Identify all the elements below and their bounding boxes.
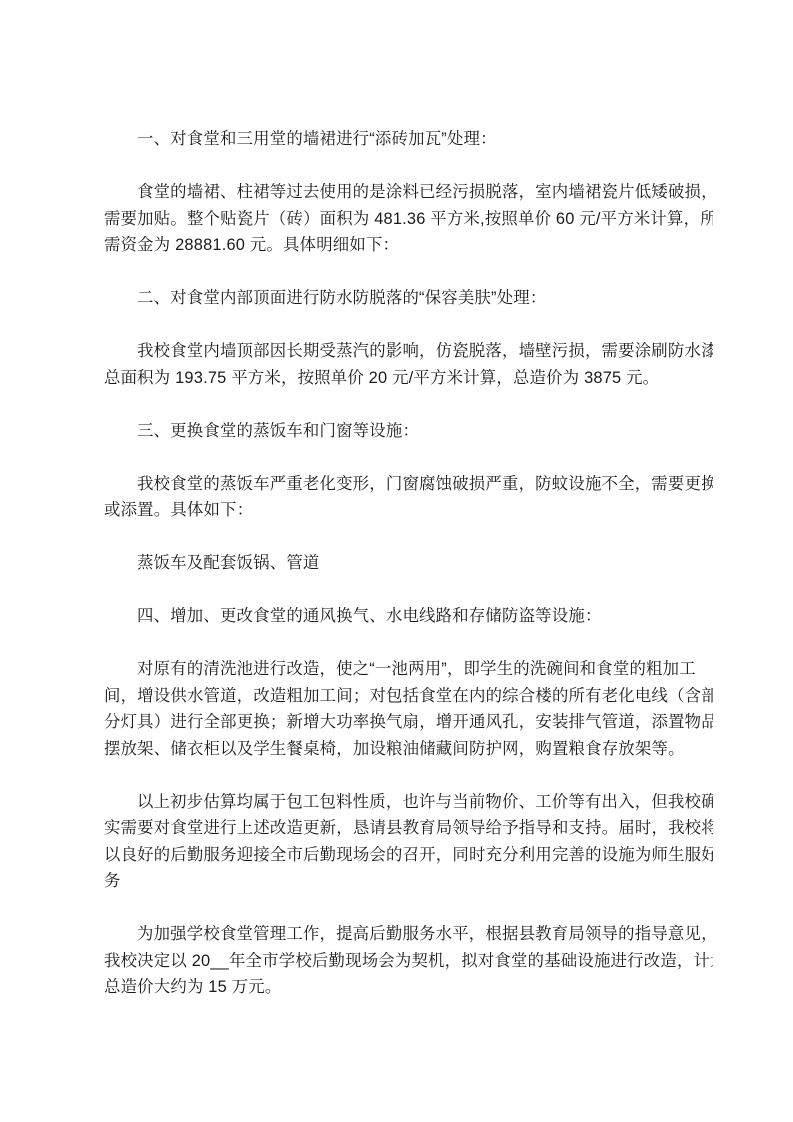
- paragraph: 以上初步估算均属于包工包料性质，也许与当前物价、工价等有出入，但我校确实需要对食…: [104, 789, 713, 895]
- paragraph: 食堂的墙裙、柱裙等过去使用的是涂料已经污损脱落，室内墙裙瓷片低矮破损，需要加贴。…: [104, 179, 713, 259]
- text-line: 或添置。具体如下：: [104, 497, 713, 524]
- section-heading: 一、对食堂和三用堂的墙裙进行“添砖加瓦”处理：: [104, 126, 713, 153]
- list-item: 蒸饭车及配套饭锅、管道: [104, 550, 713, 577]
- document-page: 一、对食堂和三用堂的墙裙进行“添砖加瓦”处理：食堂的墙裙、柱裙等过去使用的是涂料…: [0, 0, 793, 1122]
- text-line: 需资金为 28881.60 元。具体明细如下：: [104, 232, 713, 259]
- text-line: 三、更换食堂的蒸饭车和门窗等设施：: [104, 418, 713, 445]
- text-line: 对原有的清洗池进行改造，使之“一池两用”，即学生的洗碗间和食堂的粗加工: [104, 656, 713, 683]
- text-line: 实需要对食堂进行上述改造更新，恳请县教育局领导给予指导和支持。届时，我校将: [104, 815, 713, 842]
- section-heading: 四、增加、更改食堂的通风换气、水电线路和存储防盗等设施：: [104, 603, 713, 630]
- text-line: 分灯具）进行全部更换；新增大功率换气扇，增开通风孔，安装排气管道，添置物品: [104, 709, 713, 736]
- document-content: 一、对食堂和三用堂的墙裙进行“添砖加瓦”处理：食堂的墙裙、柱裙等过去使用的是涂料…: [104, 126, 713, 1027]
- text-line: 一、对食堂和三用堂的墙裙进行“添砖加瓦”处理：: [104, 126, 713, 153]
- text-line: 食堂的墙裙、柱裙等过去使用的是涂料已经污损脱落，室内墙裙瓷片低矮破损，: [104, 179, 713, 206]
- text-line: 务: [104, 868, 713, 895]
- paragraph: 对原有的清洗池进行改造，使之“一池两用”，即学生的洗碗间和食堂的粗加工间，增设供…: [104, 656, 713, 762]
- text-line: 总面积为 193.75 平方米，按照单价 20 元/平方米计算，总造价为 387…: [104, 365, 713, 392]
- text-line: 需要加贴。整个贴瓷片（砖）面积为 481.36 平方米,按照单价 60 元/平方…: [104, 206, 713, 233]
- text-line: 为加强学校食堂管理工作，提高后勤服务水平，根据县教育局领导的指导意见，: [104, 921, 713, 948]
- text-line: 二、对食堂内部顶面进行防水防脱落的“保容美肤”处理：: [104, 285, 713, 312]
- paragraph: 我校食堂内墙顶部因长期受蒸汽的影响，仿瓷脱落，墙壁污损，需要涂刷防水漆，总面积为…: [104, 338, 713, 391]
- section-heading: 二、对食堂内部顶面进行防水防脱落的“保容美肤”处理：: [104, 285, 713, 312]
- paragraph: 为加强学校食堂管理工作，提高后勤服务水平，根据县教育局领导的指导意见，我校决定以…: [104, 921, 713, 1001]
- paragraph: 我校食堂的蒸饭车严重老化变形，门窗腐蚀破损严重，防蚊设施不全，需要更换或添置。具…: [104, 471, 713, 524]
- text-line: 我校食堂的蒸饭车严重老化变形，门窗腐蚀破损严重，防蚊设施不全，需要更换: [104, 471, 713, 498]
- text-line: 我校决定以 20__年全市学校后勤现场会为契机，拟对食堂的基础设施进行改造，计划: [104, 948, 713, 975]
- text-line: 以良好的后勤服务迎接全市后勤现场会的召开，同时充分利用完善的设施为师生服好: [104, 842, 713, 869]
- text-line: 四、增加、更改食堂的通风换气、水电线路和存储防盗等设施：: [104, 603, 713, 630]
- text-line: 我校食堂内墙顶部因长期受蒸汽的影响，仿瓷脱落，墙壁污损，需要涂刷防水漆，: [104, 338, 713, 365]
- section-heading: 三、更换食堂的蒸饭车和门窗等设施：: [104, 418, 713, 445]
- text-line: 总造价大约为 15 万元。: [104, 974, 713, 1001]
- text-line: 摆放架、储衣柜以及学生餐桌椅，加设粮油储藏间防护网，购置粮食存放架等。: [104, 736, 713, 763]
- text-line: 以上初步估算均属于包工包料性质，也许与当前物价、工价等有出入，但我校确: [104, 789, 713, 816]
- text-line: 蒸饭车及配套饭锅、管道: [104, 550, 713, 577]
- text-line: 间，增设供水管道，改造粗加工间；对包括食堂在内的综合楼的所有老化电线（含部: [104, 683, 713, 710]
